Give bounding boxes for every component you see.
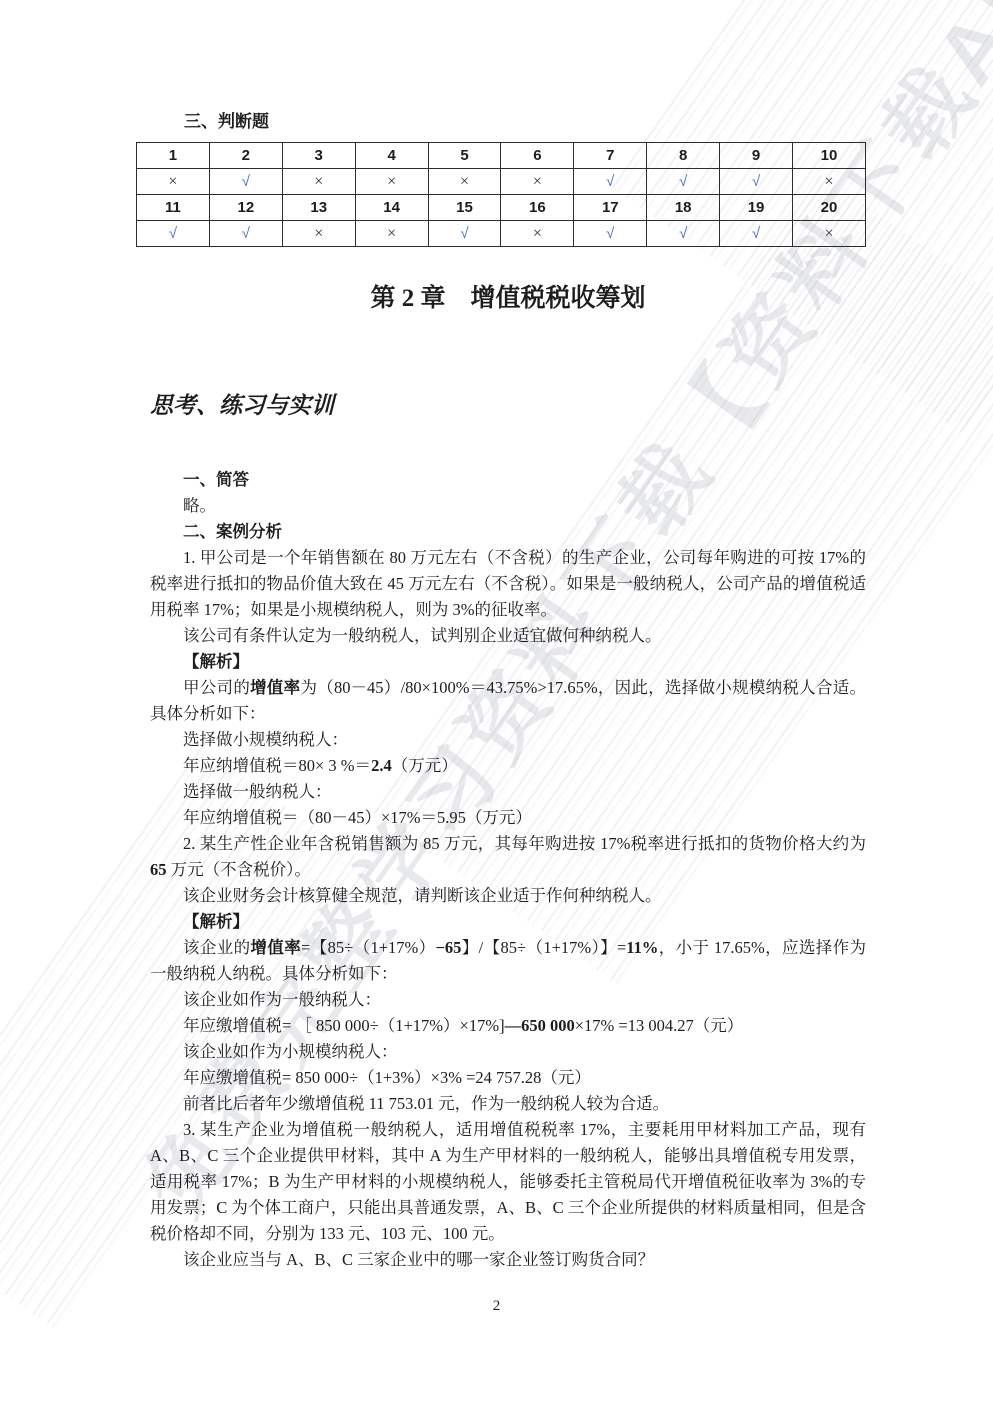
section-heading: 【解析】 — [150, 909, 866, 935]
page-number: 2 — [0, 1298, 993, 1315]
text-run: 选择做小规模纳税人： — [183, 730, 348, 749]
table-header-row-2: 11121314151617181920 — [137, 195, 866, 221]
answer-cell: √ — [137, 221, 210, 247]
paragraph: 选择做小规模纳税人： — [150, 727, 866, 753]
answer-cell: √ — [574, 221, 647, 247]
answer-cell: × — [137, 169, 210, 195]
judgment-answers-table: 12345678910 ×√××××√√√× 11121314151617181… — [136, 142, 866, 247]
question-number-cell: 13 — [282, 195, 355, 221]
text-run: （万元） — [392, 756, 458, 775]
question-number-cell: 5 — [428, 143, 501, 169]
question-number-cell: 17 — [574, 195, 647, 221]
answer-cell: √ — [647, 169, 720, 195]
paragraph: 年应纳增值税＝（80－45）×17%＝5.95（万元） — [150, 805, 866, 831]
text-run: 年应纳增值税＝80× 3 %＝ — [183, 756, 371, 775]
text-run: 2. 某生产性企业年含税销售额为 85 万元，其每年购进按 17%税率进行抵扣的… — [183, 834, 866, 853]
judgment-section-title: 三、判断题 — [150, 110, 866, 134]
chapter-title: 第 2 章 增值税税收筹划 — [150, 283, 866, 315]
section-heading: 一、简答 — [150, 467, 866, 493]
text-run: 2.4 — [371, 756, 392, 775]
section-heading: 【解析】 — [150, 649, 866, 675]
text-run: −65 — [436, 938, 462, 957]
answer-cell: √ — [720, 221, 793, 247]
answer-cell: × — [428, 169, 501, 195]
answer-cell: × — [501, 221, 574, 247]
paragraph: 略。 — [150, 493, 866, 519]
section-subtitle: 思考、练习与实训 — [150, 391, 866, 421]
question-number-cell: 7 — [574, 143, 647, 169]
answer-cell: √ — [574, 169, 647, 195]
table-answer-row-1: ×√××××√√√× — [137, 169, 866, 195]
paragraph: 年应缴增值税= ［ 850 000÷（1+17%）×17%]—650 000×1… — [150, 1013, 866, 1039]
text-run: 该企业如作为小规模纳税人： — [183, 1042, 398, 1061]
answer-cell: × — [793, 169, 866, 195]
paragraph: 年应纳增值税＝80× 3 %＝2.4（万元） — [150, 753, 866, 779]
question-number-cell: 6 — [501, 143, 574, 169]
answer-cell: √ — [720, 169, 793, 195]
question-number-cell: 3 — [282, 143, 355, 169]
question-number-cell: 12 — [209, 195, 282, 221]
answer-cell: √ — [209, 221, 282, 247]
answer-cell: × — [282, 169, 355, 195]
answer-cell: × — [793, 221, 866, 247]
text-run: 该企业应当与 A、B、C 三家企业中的哪一家企业签订购货合同？ — [183, 1250, 654, 1269]
question-number-cell: 9 — [720, 143, 793, 169]
text-run: 【解析】 — [183, 653, 249, 671]
paragraph: 该企业如作为小规模纳税人： — [150, 1039, 866, 1065]
section-heading: 二、案例分析 — [150, 519, 866, 545]
text-run: 甲公司的 — [183, 678, 250, 697]
text-run: 1. 甲公司是一个年销售额在 80 万元左右（不含税）的生产企业，公司每年购进的… — [150, 548, 866, 619]
text-run: 】/【85÷（1+17%）】= — [461, 938, 626, 957]
paragraph: 甲公司的增值率为（80－45）/80×100%＝43.75%>17.65%，因此… — [150, 675, 866, 727]
question-number-cell: 15 — [428, 195, 501, 221]
answer-cell: × — [501, 169, 574, 195]
text-run: 【解析】 — [183, 913, 249, 931]
question-number-cell: 20 — [793, 195, 866, 221]
text-run: 增值率 — [250, 678, 300, 697]
paragraph: 该公司有条件认定为一般纳税人，试判别企业适宜做何种纳税人。 — [150, 623, 866, 649]
question-number-cell: 2 — [209, 143, 282, 169]
text-run: 年应纳增值税＝（80－45）×17%＝5.95（万元） — [183, 808, 532, 827]
text-run: —650 000 — [505, 1016, 575, 1035]
content-column: 三、判断题 12345678910 ×√××××√√√× 11121314151… — [0, 0, 993, 1273]
text-run: 该企业的 — [183, 938, 251, 957]
question-number-cell: 18 — [647, 195, 720, 221]
text-run: 万元（不含税价）。 — [167, 860, 311, 879]
paragraph: 该企业的增值率=【85÷（1+17%）−65】/【85÷（1+17%）】=11%… — [150, 935, 866, 987]
text-run: 年应缴增值税= 850 000÷（1+3%）×3% =24 757.28（元） — [183, 1068, 591, 1087]
text-run: 3. 某生产企业为增值税一般纳税人，适用增值税税率 17%，主要耗用甲材料加工产… — [150, 1120, 866, 1243]
question-number-cell: 1 — [137, 143, 210, 169]
answer-cell: × — [282, 221, 355, 247]
text-run: 前者比后者年少缴增值税 11 753.01 元，作为一般纳税人较为合适。 — [183, 1094, 669, 1113]
text-run: =【85÷（1+17%） — [301, 938, 435, 957]
text-run: 该公司有条件认定为一般纳税人，试判别企业适宜做何种纳税人。 — [183, 626, 662, 645]
text-run: 选择做一般纳税人： — [183, 782, 332, 801]
paragraph: 该企业应当与 A、B、C 三家企业中的哪一家企业签订购货合同？ — [150, 1247, 866, 1273]
text-run: 二、案例分析 — [183, 523, 282, 541]
text-run: ×17% =13 004.27（元） — [575, 1016, 743, 1035]
paragraph: 该企业财务会计核算健全规范，请判断该企业适于作何种纳税人。 — [150, 883, 866, 909]
paragraph: 2. 某生产性企业年含税销售额为 85 万元，其每年购进按 17%税率进行抵扣的… — [150, 831, 866, 883]
table-header-row-1: 12345678910 — [137, 143, 866, 169]
answer-cell: × — [355, 169, 428, 195]
text-run: 65 — [150, 860, 167, 879]
text-run: 增值率 — [251, 938, 302, 957]
question-number-cell: 10 — [793, 143, 866, 169]
question-number-cell: 8 — [647, 143, 720, 169]
question-number-cell: 19 — [720, 195, 793, 221]
paragraph: 该企业如作为一般纳税人： — [150, 987, 866, 1013]
paragraph: 1. 甲公司是一个年销售额在 80 万元左右（不含税）的生产企业，公司每年购进的… — [150, 545, 866, 623]
body-text: 一、简答略。二、案例分析1. 甲公司是一个年销售额在 80 万元左右（不含税）的… — [150, 467, 866, 1273]
text-run: 略。 — [183, 496, 216, 515]
question-number-cell: 11 — [137, 195, 210, 221]
answer-cell: × — [355, 221, 428, 247]
question-number-cell: 4 — [355, 143, 428, 169]
answer-cell: √ — [209, 169, 282, 195]
paragraph: 年应缴增值税= 850 000÷（1+3%）×3% =24 757.28（元） — [150, 1065, 866, 1091]
paragraph: 前者比后者年少缴增值税 11 753.01 元，作为一般纳税人较为合适。 — [150, 1091, 866, 1117]
table-answer-row-2: √√××√×√√√× — [137, 221, 866, 247]
answer-cell: √ — [428, 221, 501, 247]
answer-cell: √ — [647, 221, 720, 247]
question-number-cell: 14 — [355, 195, 428, 221]
question-number-cell: 16 — [501, 195, 574, 221]
document-page: 免费完整学习资料下载【资料下载APP】 三、判断题 12345678910 ×√… — [0, 0, 993, 1404]
text-run: 该企业如作为一般纳税人： — [183, 990, 381, 1009]
text-run: 年应缴增值税= ［ 850 000÷（1+17%）×17%] — [183, 1016, 505, 1035]
text-run: 11% — [626, 938, 658, 957]
paragraph: 选择做一般纳税人： — [150, 779, 866, 805]
text-run: 该企业财务会计核算健全规范，请判断该企业适于作何种纳税人。 — [183, 886, 662, 905]
text-run: 一、简答 — [183, 471, 249, 489]
paragraph: 3. 某生产企业为增值税一般纳税人，适用增值税税率 17%，主要耗用甲材料加工产… — [150, 1117, 866, 1247]
